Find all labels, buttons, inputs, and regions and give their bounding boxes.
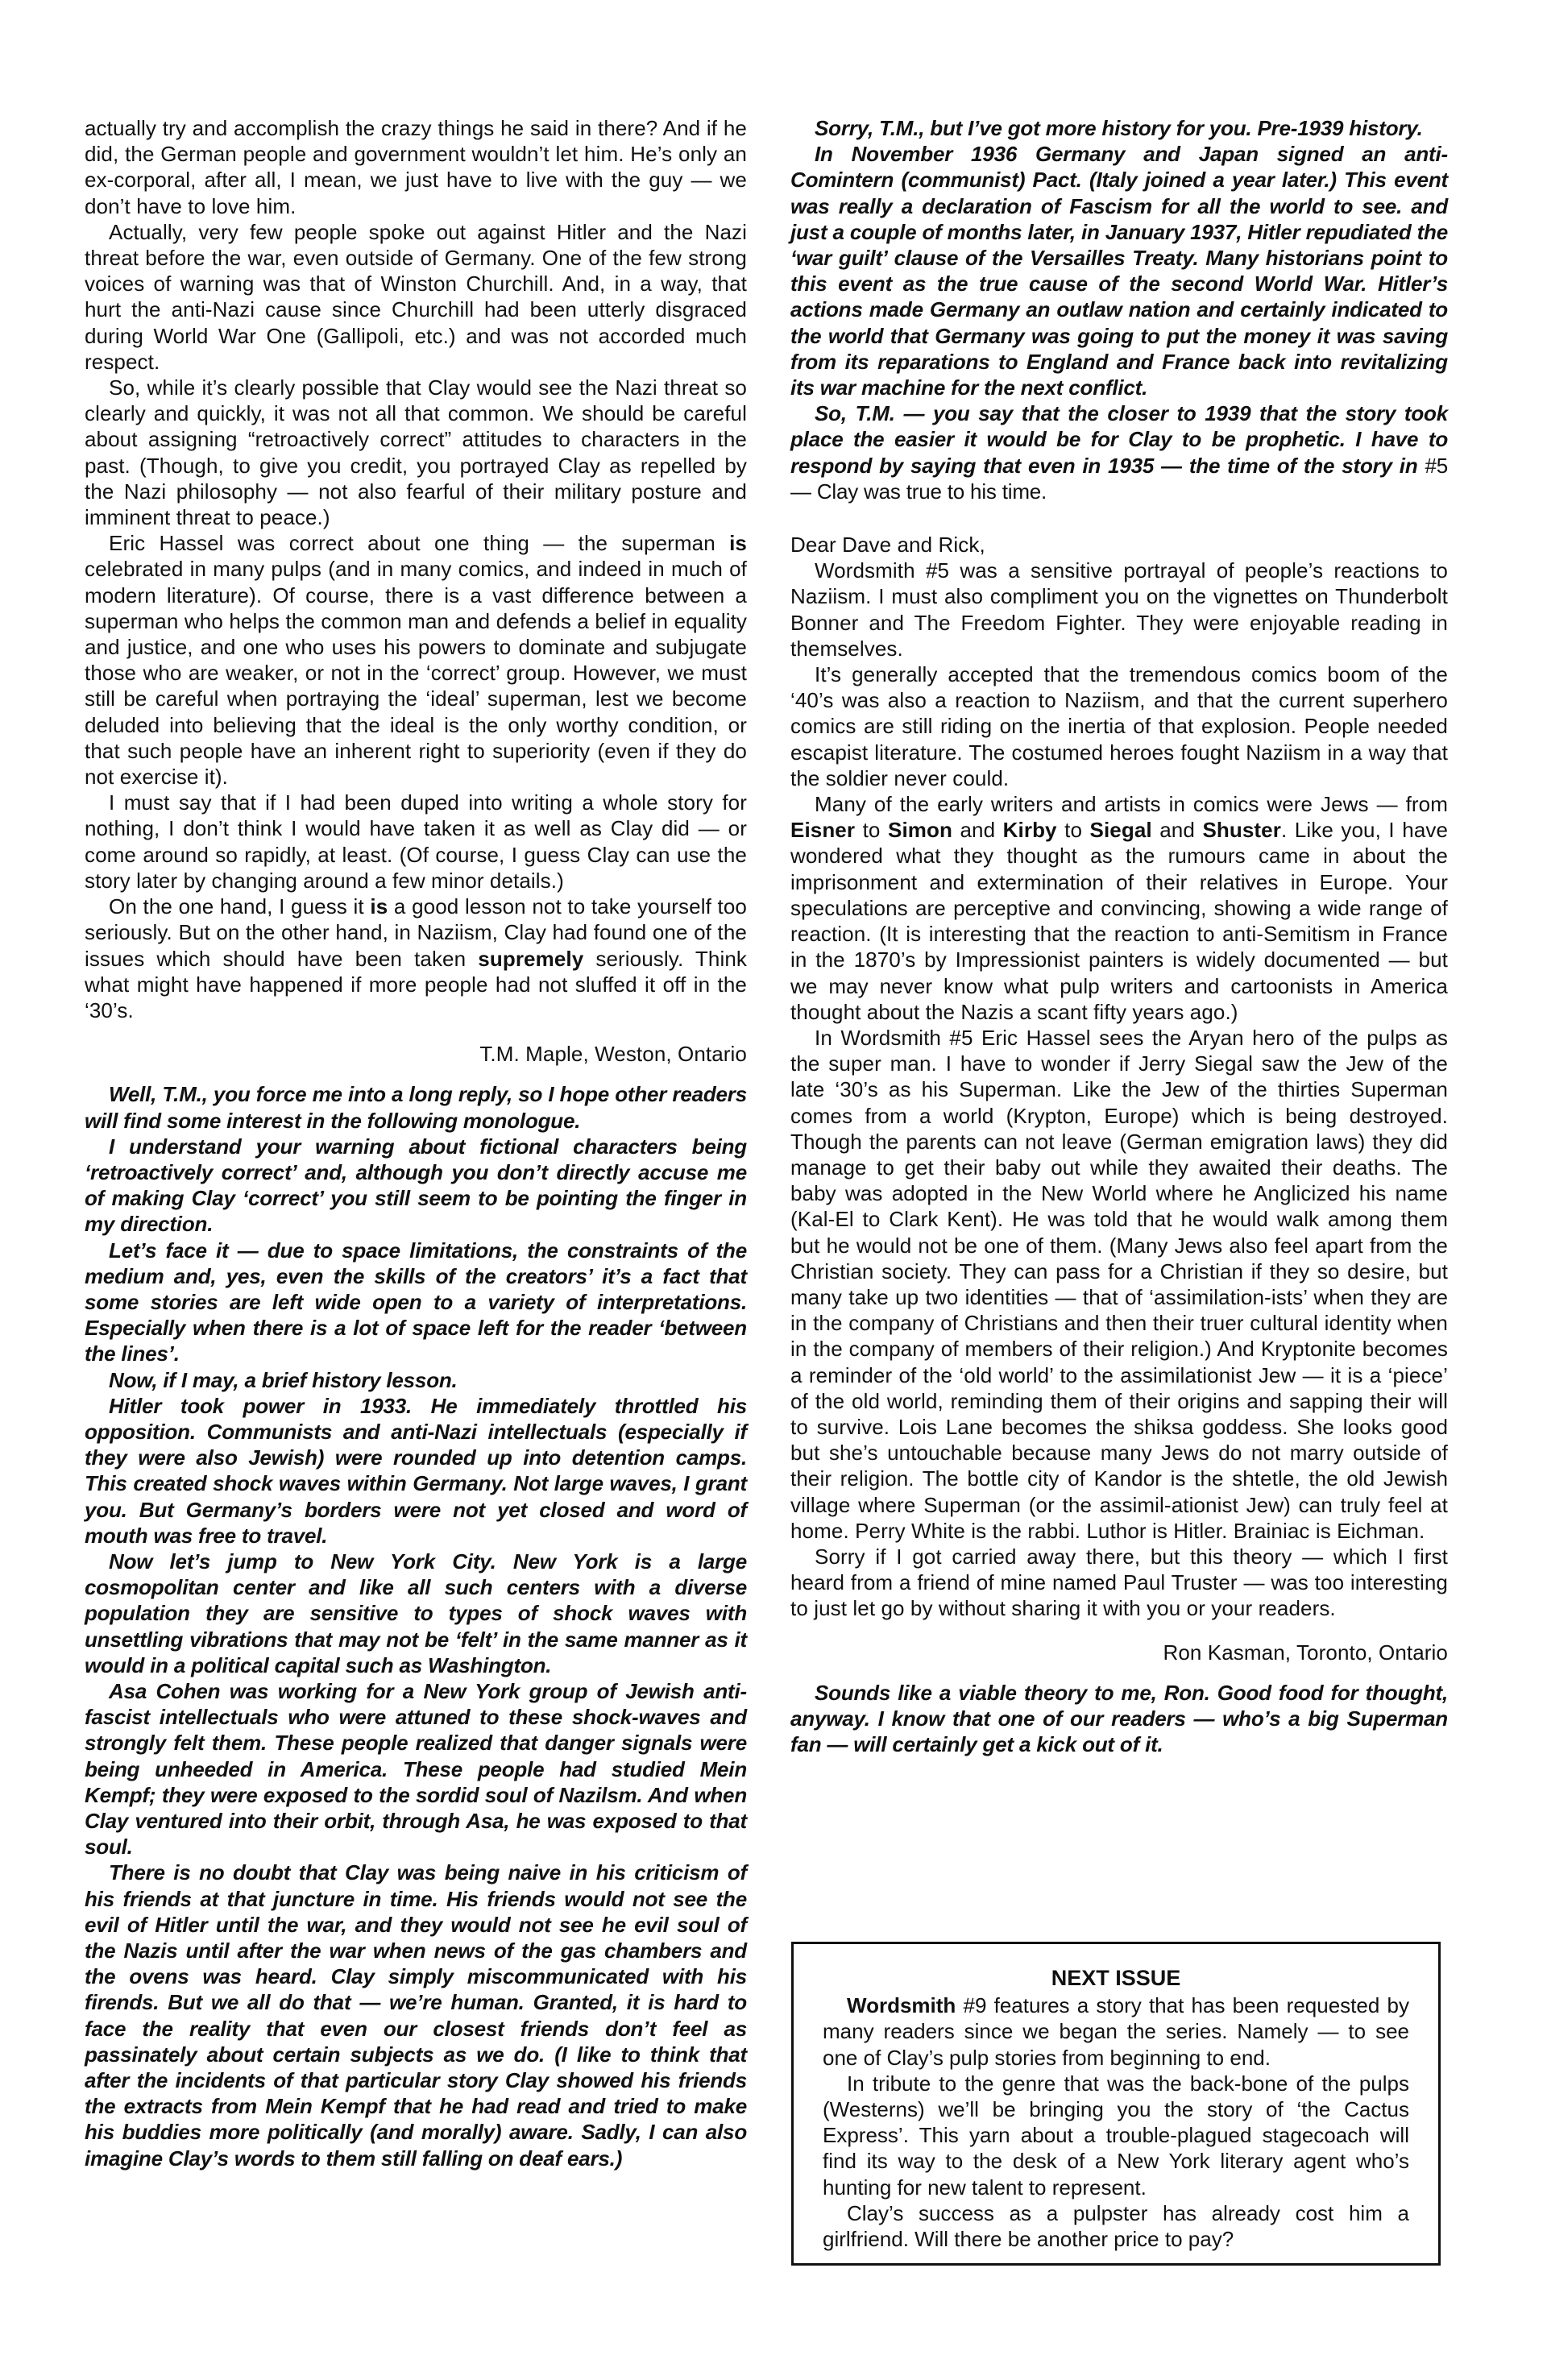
text-run: There is no doubt that Clay was being na… — [85, 1860, 747, 2170]
text-run: and — [1152, 818, 1203, 842]
text-run: In Wordsmith #5 Eric Hassel sees the Ary… — [790, 1026, 1448, 1543]
text-run: to — [1057, 818, 1090, 842]
paragraph: Now, if I may, a brief history lesson. — [85, 1367, 747, 1393]
letter-salutation: Dear Dave and Rick, — [790, 532, 1448, 558]
bold-text: Shuster — [1202, 818, 1281, 842]
text-run: Now, if I may, a brief history lesson. — [109, 1368, 458, 1392]
paragraph: Sorry if I got carried away there, but t… — [790, 1544, 1448, 1622]
paragraph: Hitler took power in 1933. He immediatel… — [85, 1393, 747, 1549]
text-run: Let’s face it — due to space limitations… — [85, 1238, 747, 1366]
text-run: Eric Hassel was correct about one thing … — [109, 531, 729, 555]
section-spacer — [790, 504, 1448, 532]
letter-tm-maple: actually try and accomplish the crazy th… — [85, 115, 747, 1023]
editor-reply-continued: Sorry, T.M., but I’ve got more history f… — [790, 115, 1448, 504]
text-run: . Like you, I have wondered what they th… — [790, 818, 1448, 1023]
paragraph: Many of the early writers and artists in… — [790, 791, 1448, 1025]
paragraph: Actually, very few people spoke out agai… — [85, 219, 747, 375]
text-run: and — [952, 818, 1003, 842]
paragraph: There is no doubt that Clay was being na… — [85, 1860, 747, 2171]
text-run: Wordsmith #5 was a sensitive portrayal o… — [790, 558, 1448, 661]
text-run: actually try and accomplish the crazy th… — [85, 116, 747, 218]
letter-signature: T.M. Maple, Weston, Ontario — [85, 1041, 747, 1067]
text-run: Sounds like a viable theory to me, Ron. … — [790, 1681, 1448, 1756]
bold-text: Eisner — [790, 818, 855, 842]
paragraph: In November 1936 Germany and Japan signe… — [790, 141, 1448, 400]
bold-text: Simon — [888, 818, 952, 842]
text-run: Hitler took power in 1933. He immediatel… — [85, 1394, 747, 1548]
text-run: to — [855, 818, 888, 842]
next-issue-box: NEXT ISSUE Wordsmith #9 features a story… — [791, 1942, 1441, 2266]
editor-reply-to-tm-maple: Well, T.M., you force me into a long rep… — [85, 1081, 747, 2171]
text-run: Actually, very few people spoke out agai… — [85, 220, 747, 374]
bold-text: supremely — [478, 947, 583, 971]
paragraph: Sounds like a viable theory to me, Ron. … — [790, 1680, 1448, 1758]
text-run: So, T.M. — you say that the closer to 19… — [790, 401, 1448, 477]
next-issue-body: Wordsmith #9 features a story that has b… — [823, 1992, 1409, 2252]
paragraph: Wordsmith #5 was a sensitive portrayal o… — [790, 558, 1448, 661]
text-run: In tribute to the genre that was the bac… — [823, 2071, 1409, 2200]
text-run: I must say that if I had been duped into… — [85, 790, 747, 893]
paragraph: It’s generally accepted that the tremend… — [790, 661, 1448, 791]
paragraph: In tribute to the genre that was the bac… — [823, 2071, 1409, 2200]
text-run: Sorry if I got carried away there, but t… — [790, 1545, 1448, 1620]
text-run: Well, T.M., you force me into a long rep… — [85, 1082, 747, 1132]
text-run: Asa Cohen was working for a New York gro… — [85, 1679, 747, 1859]
bold-text: Kirby — [1003, 818, 1057, 842]
paragraph: Well, T.M., you force me into a long rep… — [85, 1081, 747, 1133]
bold-text: is — [370, 894, 388, 918]
paragraph: Eric Hassel was correct about one thing … — [85, 530, 747, 790]
letter-ron-kasman: Wordsmith #5 was a sensitive portrayal o… — [790, 558, 1448, 1621]
text-run: On the one hand, I guess it — [109, 894, 370, 918]
text-run: celebrated in many pulps (and in many co… — [85, 557, 747, 789]
text-run: Sorry, T.M., but I’ve got more history f… — [815, 116, 1423, 140]
paragraph: Asa Cohen was working for a New York gro… — [85, 1678, 747, 1860]
bold-text: Siegal — [1090, 818, 1152, 842]
left-column: actually try and accomplish the crazy th… — [85, 115, 747, 2171]
editor-reply-to-ron-kasman: Sounds like a viable theory to me, Ron. … — [790, 1680, 1448, 1758]
text-run: Now let’s jump to New York City. New Yor… — [85, 1549, 747, 1677]
paragraph: On the one hand, I guess it is a good le… — [85, 894, 747, 1023]
text-run: It’s generally accepted that the tremend… — [790, 662, 1448, 790]
next-issue-title: NEXT ISSUE — [823, 1965, 1409, 1991]
bold-text: is — [729, 531, 747, 555]
paragraph: actually try and accomplish the crazy th… — [85, 115, 747, 219]
letter-signature: Ron Kasman, Toronto, Ontario — [790, 1640, 1448, 1665]
text-run: So, while it’s clearly possible that Cla… — [85, 375, 747, 529]
paragraph: Sorry, T.M., but I’ve got more history f… — [790, 115, 1448, 141]
paragraph: Clay’s success as a pulpster has already… — [823, 2200, 1409, 2252]
paragraph: I must say that if I had been duped into… — [85, 790, 747, 894]
text-run: Many of the early writers and artists in… — [815, 792, 1448, 816]
paragraph: I understand your warning about fictiona… — [85, 1134, 747, 1238]
paragraph: Now let’s jump to New York City. New Yor… — [85, 1549, 747, 1678]
paragraph: Wordsmith #9 features a story that has b… — [823, 1992, 1409, 2071]
paragraph: So, while it’s clearly possible that Cla… — [85, 375, 747, 530]
text-run: Clay’s success as a pulpster has already… — [823, 2201, 1409, 2251]
text-run: In November 1936 Germany and Japan signe… — [790, 142, 1448, 400]
text-run: I understand your warning about fictiona… — [85, 1134, 747, 1237]
bold-text: Wordsmith — [847, 1993, 956, 2017]
paragraph: In Wordsmith #5 Eric Hassel sees the Ary… — [790, 1025, 1448, 1544]
paragraph: Let’s face it — due to space limitations… — [85, 1238, 747, 1367]
paragraph: So, T.M. — you say that the closer to 19… — [790, 400, 1448, 504]
right-column: Sorry, T.M., but I’ve got more history f… — [790, 115, 1448, 1757]
